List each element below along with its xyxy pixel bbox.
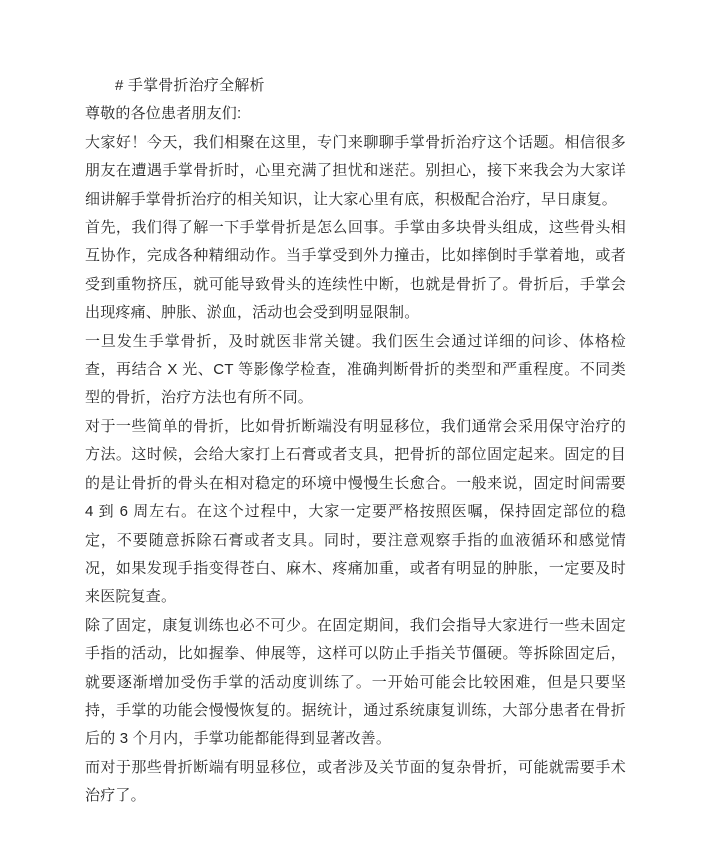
paragraph-rehab-training: 除了固定，康复训练也必不可少。在固定期间，我们会指导大家进行一些未固定手指的活动… <box>85 612 626 754</box>
paragraph-conservative-treatment: 对于一些简单的骨折，比如骨折断端没有明显移位，我们通常会采用保守治疗的方法。这时… <box>85 413 626 612</box>
paragraph-surgery-intro: 而对于那些骨折断端有明显移位，或者涉及关节面的复杂骨折，可能就需要手术治疗了。 <box>85 754 626 811</box>
paragraph-what-is-fracture: 首先，我们得了解一下手掌骨折是怎么回事。手掌由多块骨头组成，这些骨头相互协作，完… <box>85 214 626 328</box>
paragraph-salutation: 尊敬的各位患者朋友们: <box>85 100 626 128</box>
document-page: # 手掌骨折治疗全解析 尊敬的各位患者朋友们: 大家好！今天，我们相聚在这里，专… <box>85 72 626 811</box>
paragraph-diagnosis: 一旦发生手掌骨折，及时就医非常关键。我们医生会通过详细的问诊、体格检查，再结合 … <box>85 328 626 413</box>
document-title: # 手掌骨折治疗全解析 <box>85 72 626 100</box>
paragraph-intro: 大家好！今天，我们相聚在这里，专门来聊聊手掌骨折治疗这个话题。相信很多朋友在遭遇… <box>85 129 626 214</box>
